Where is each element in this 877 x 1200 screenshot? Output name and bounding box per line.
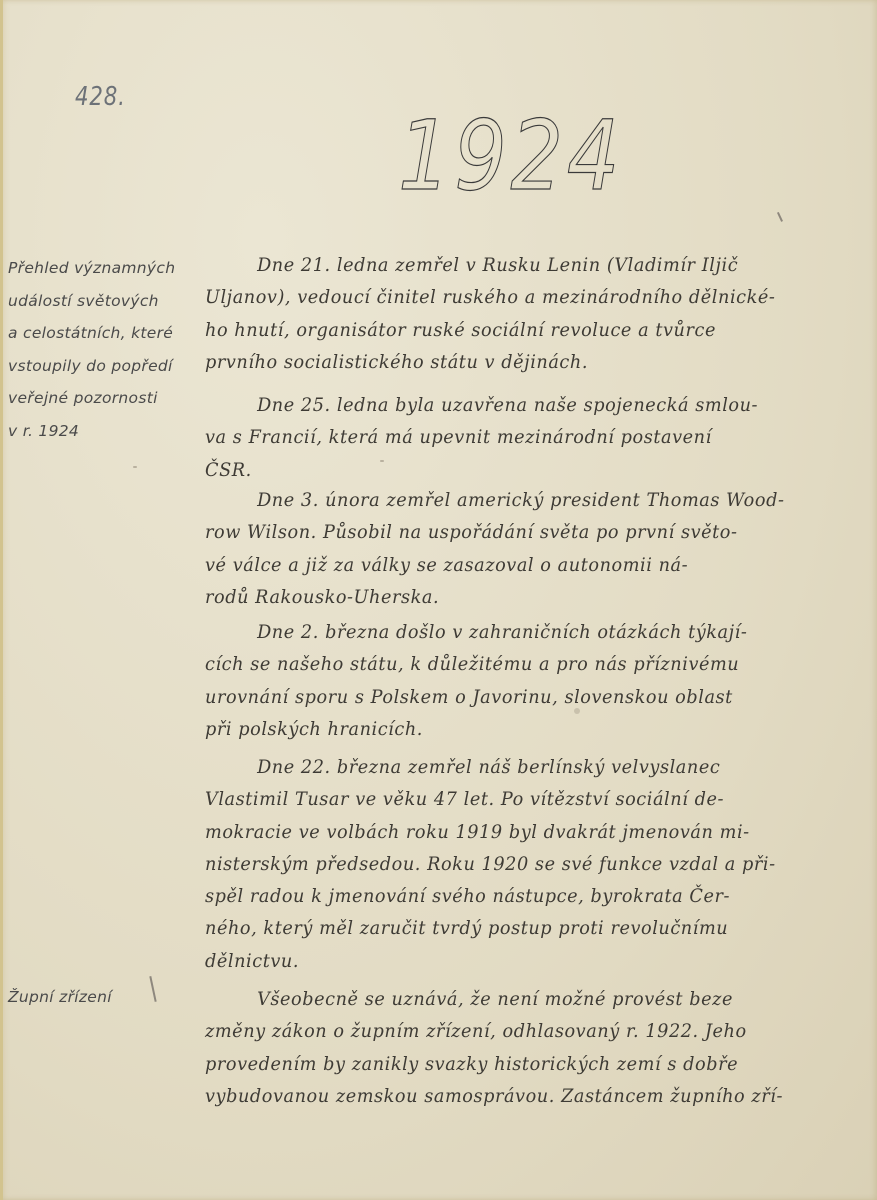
text-line: nisterským předsedou. Roku 1920 se své f… [205,848,819,880]
paragraph-france-treaty: Dne 25. ledna byla uzavřena naše spojene… [205,389,865,486]
text-line: mokracie ve volbách roku 1919 byl dvakrá… [205,816,819,848]
text-line: rodů Rakousko-Uherska. [205,581,819,613]
text-line: Vlastimil Tusar ve věku 47 let. Po vítěz… [205,783,819,815]
text-line: row Wilson. Působil na uspořádání světa … [205,516,819,548]
text-line: Dne 3. února zemřel americký president T… [205,484,819,516]
paper-speck [133,466,137,468]
text-line: Dne 25. ledna byla uzavřena naše spojene… [205,389,819,421]
text-line: Dne 22. března zemřel náš berlínský velv… [205,751,819,783]
margin-note-county-system: Župní zřízení [8,981,198,1014]
margin-note-overview: Přehled významných událostí světových a … [8,252,198,447]
text-line: ČSR. [205,454,819,486]
text-line: při polských hranicích. [205,713,819,745]
text-line: vé válce a již za války se zasazoval o a… [205,549,819,581]
text-line: Dne 21. ledna zemřel v Rusku Lenin (Vlad… [205,249,819,281]
text-line: urovnání sporu s Polskem o Javorinu, slo… [205,681,819,713]
margin-note-line: vstoupily do popředí [8,350,198,383]
margin-note-line: v r. 1924 [8,415,198,448]
margin-note-line: Přehled významných [8,252,198,285]
ink-mark [777,212,783,222]
paragraph-wilson-death: Dne 3. února zemřel americký president T… [205,484,865,613]
text-line: provedením by zanikly svazky historickýc… [205,1048,819,1080]
text-line: Uljanov), vedoucí činitel ruského a mezi… [205,281,819,313]
paragraph-javorina-dispute: Dne 2. března došlo v zahraničních otázk… [205,616,865,745]
paragraph-county-system: Všeobecně se uznává, že není možné prové… [205,983,865,1112]
margin-note-line: událostí světových [8,285,198,318]
text-line: ho hnutí, organisátor ruské sociální rev… [205,314,819,346]
paragraph-tusar-death: Dne 22. března zemřel náš berlínský velv… [205,751,865,977]
text-line: Všeobecně se uznává, že není možné prové… [205,983,819,1015]
margin-note-line: veřejné pozornosti [8,382,198,415]
text-line: vybudovanou zemskou samosprávou. Zastánc… [205,1080,819,1112]
text-line: spěl radou k jmenování svého nástupce, b… [205,880,819,912]
page-edge [0,0,3,1200]
text-line: změny zákon o župním zřízení, odhlasovan… [205,1015,819,1047]
page-number: 428. [75,82,126,112]
text-line: cích se našeho státu, k důležitému a pro… [205,648,819,680]
margin-note-line: Župní zřízení [8,981,198,1014]
text-line: dělnictvu. [205,945,819,977]
paragraph-lenin-death: Dne 21. ledna zemřel v Rusku Lenin (Vlad… [205,249,865,378]
text-line: ného, který měl zaručit tvrdý postup pro… [205,912,819,944]
year-heading: 1924 [398,100,623,212]
manuscript-page: 428. 1924 Přehled významných událostí sv… [0,0,877,1200]
text-line: Dne 2. března došlo v zahraničních otázk… [205,616,819,648]
text-line: prvního socialistického státu v dějinách… [205,346,819,378]
margin-note-line: a celostátních, které [8,317,198,350]
text-line: va s Francií, která má upevnit mezinárod… [205,421,819,453]
